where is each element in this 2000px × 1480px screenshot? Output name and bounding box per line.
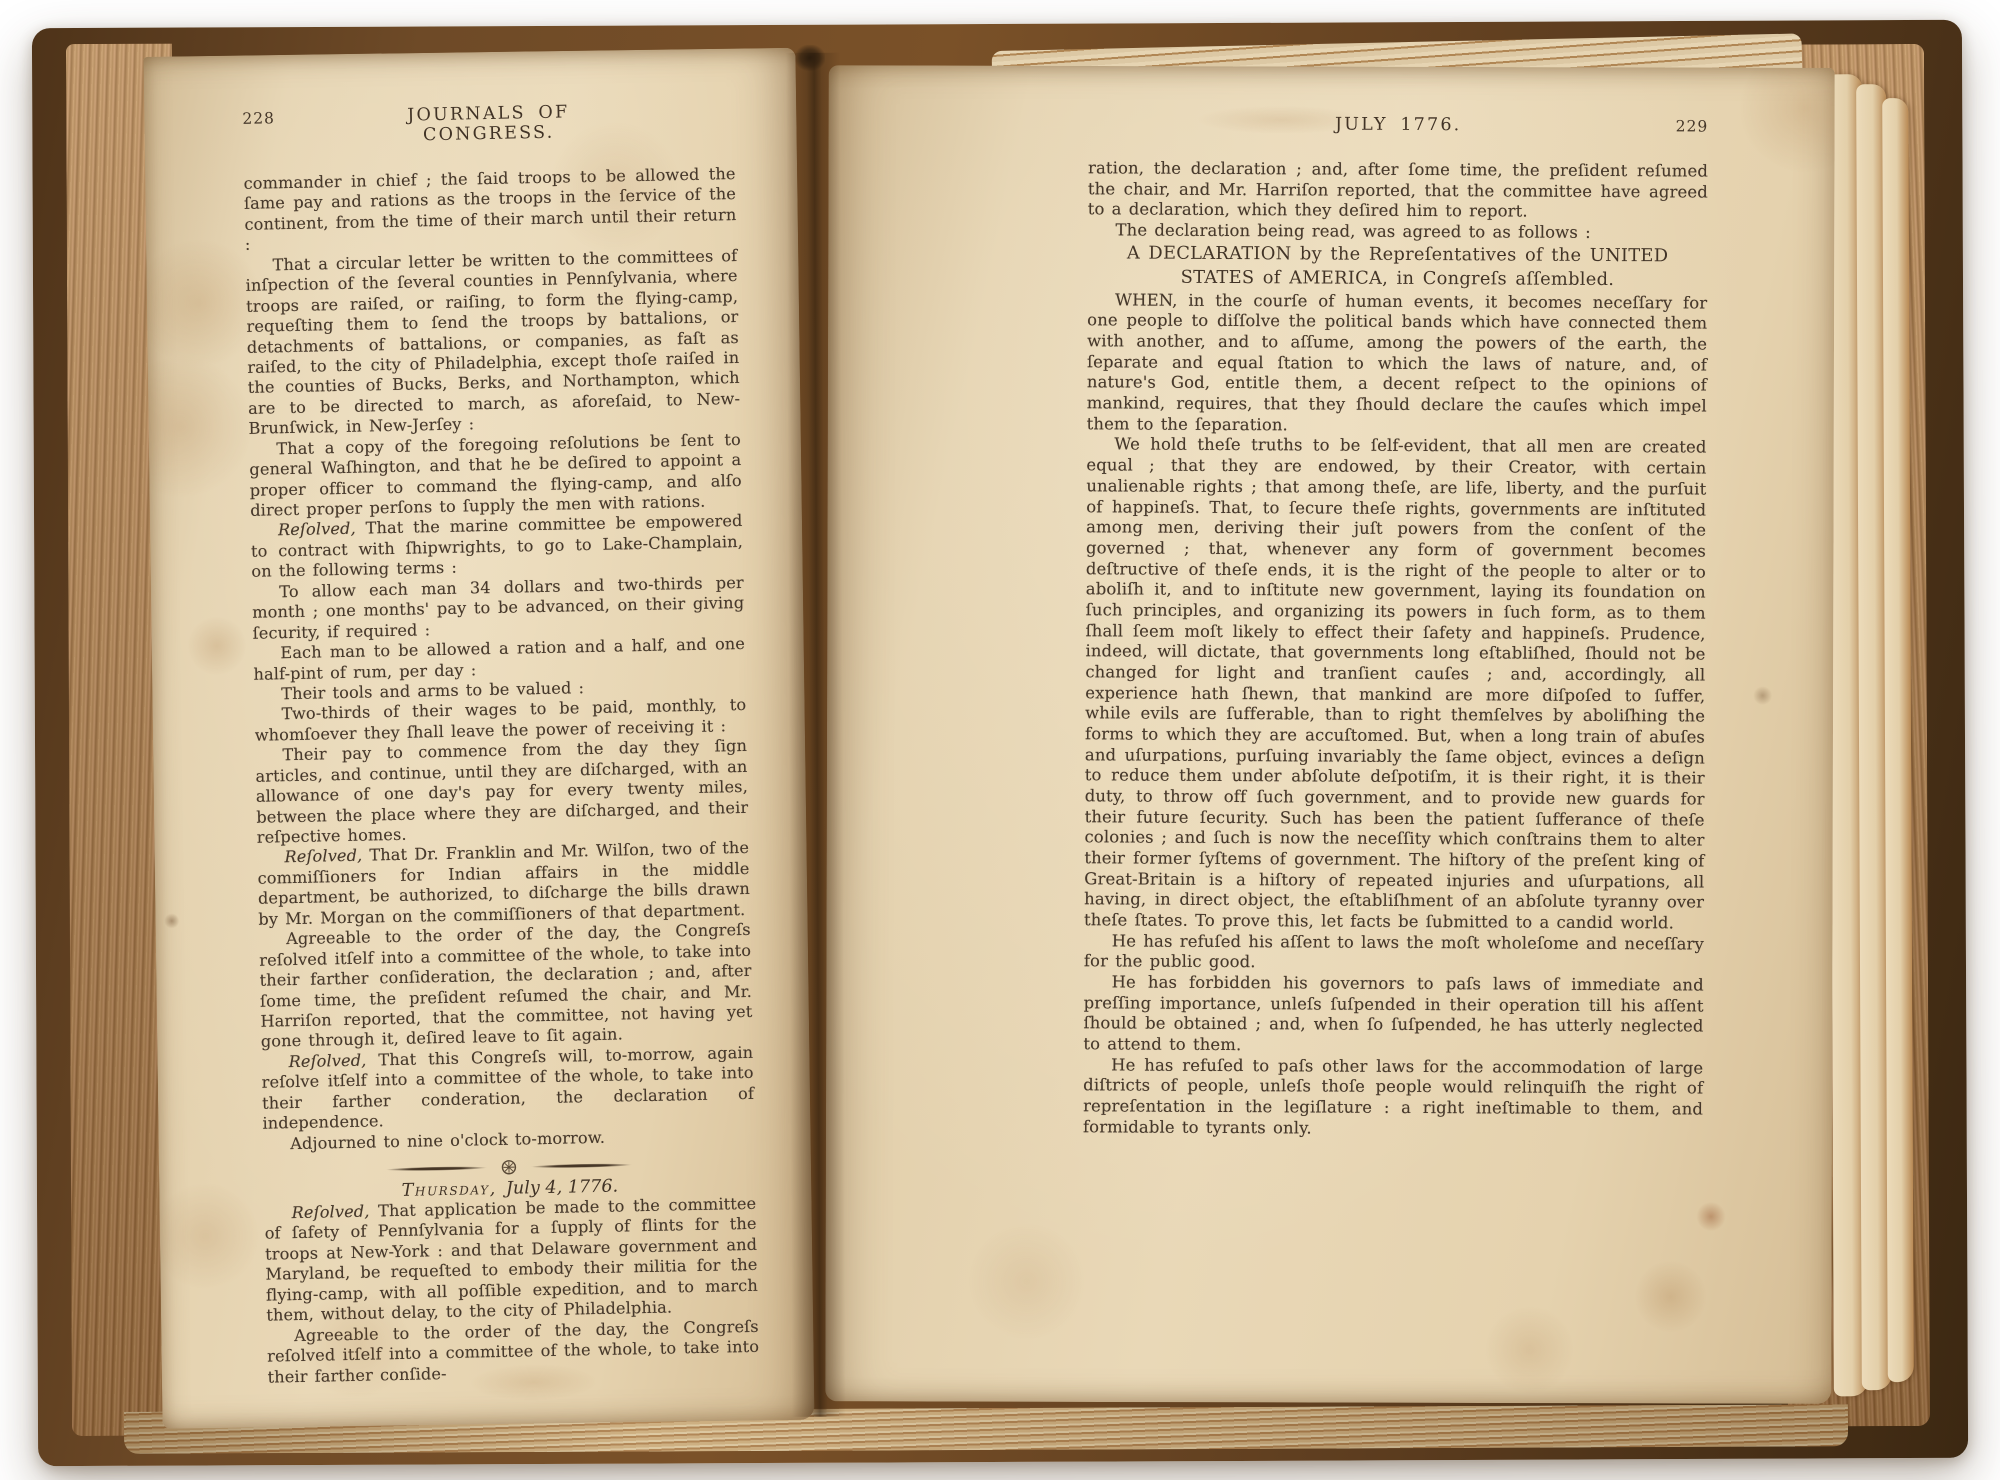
left-page-body: commander in chief ; the ſaid troops to … xyxy=(243,164,759,1388)
paragraph: The declaration being read, was agreed t… xyxy=(1088,220,1708,244)
paragraph: He has refuſed to paſs other laws for th… xyxy=(1083,1055,1703,1141)
open-book: 228 JOURNALS OF CONGRESS. commander in c… xyxy=(32,10,1968,1468)
paragraph: To allow each man 34 dollars and two-thi… xyxy=(252,573,745,644)
right-page-header: JULY 1776. 229 xyxy=(1088,113,1708,136)
paragraph: Reſolved, That application be made to th… xyxy=(264,1194,758,1326)
paragraph: We hold theſe truths to be ſelf-evident,… xyxy=(1084,435,1707,934)
paragraph: Agreeable to the order of the day, the C… xyxy=(267,1316,760,1387)
page-number-left: 228 xyxy=(242,109,275,128)
left-page: 228 JOURNALS OF CONGRESS. commander in c… xyxy=(143,48,814,1429)
resolved-lead: Reſolved, xyxy=(291,1202,369,1223)
date-label: July 4, 1776. xyxy=(506,1177,619,1199)
paragraph: That a copy of the foregoing reſolutions… xyxy=(249,430,743,522)
paragraph: He has forbidden his governors to paſs l… xyxy=(1083,972,1703,1058)
paragraph: That a circular letter be written to the… xyxy=(245,246,741,440)
paragraph: Their pay to commence from the day they … xyxy=(255,736,749,848)
paragraph: He has refuſed his aſſent to laws the mo… xyxy=(1084,931,1704,976)
paragraph: Reſolved, That Dr. Franklin and Mr. Wilſ… xyxy=(257,838,751,930)
divider-rule-left xyxy=(378,1165,496,1172)
resolved-lead: Reſolved, xyxy=(284,846,362,867)
running-header-right: JULY 1776. xyxy=(1335,115,1462,136)
left-page-header: 228 JOURNALS OF CONGRESS. xyxy=(242,99,735,149)
paragraph: WHEN, in the courſe of human events, it … xyxy=(1087,290,1708,438)
paragraph: Reſolved, That this Congreſs will, to-mo… xyxy=(261,1043,755,1135)
rosette-icon xyxy=(501,1159,518,1176)
resolved-lead: Reſolved, xyxy=(278,519,356,540)
resolved-lead: Reſolved, xyxy=(288,1050,366,1071)
right-page-body: ration, the declaration ; and, after ſom… xyxy=(1083,158,1708,1141)
paragraph: Agreeable to the order of the day, the C… xyxy=(259,920,753,1052)
declaration-heading: A DECLARATION by the Repreſentatives of … xyxy=(1087,241,1707,293)
right-page: JULY 1776. 229 ration, the declaration ;… xyxy=(825,65,1834,1404)
page-number-right: 229 xyxy=(1676,117,1709,135)
paragraph: ration, the declaration ; and, after ſom… xyxy=(1088,158,1708,223)
book-photograph: 228 JOURNALS OF CONGRESS. commander in c… xyxy=(0,0,2000,1480)
divider-rule-right xyxy=(523,1162,641,1169)
paragraph: Reſolved, That the marine committee be e… xyxy=(250,511,743,582)
paragraph: commander in chief ; the ſaid troops to … xyxy=(243,164,737,256)
weekday-label: Thursday, xyxy=(401,1179,497,1201)
running-header-left: JOURNALS OF CONGRESS. xyxy=(407,102,569,145)
